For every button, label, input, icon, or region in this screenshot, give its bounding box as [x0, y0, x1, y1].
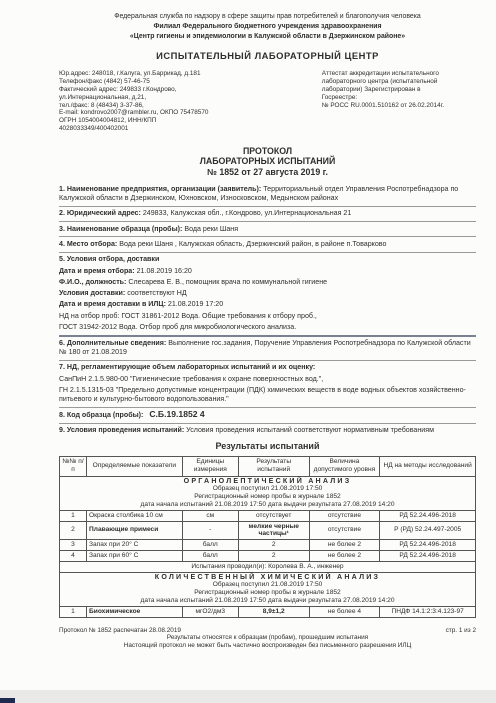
section-3-label: 3. Наименование образца (пробы):	[59, 225, 182, 233]
results-table: №№ п/п Определяемые показатели Единицы и…	[59, 456, 476, 617]
bottom-corner-chip	[0, 698, 15, 703]
cell-limit: отсутствие	[309, 521, 380, 540]
org-section-header-cell: ОРГАНОЛЕПТИЧЕСКИЙ АНАЛИЗ Образец поступи…	[60, 476, 476, 510]
section-4-value: Вода реки Шаня , Калужская область, Дзер…	[119, 240, 386, 248]
section-2-label: 2. Юридический адрес:	[59, 209, 141, 217]
section-7-line: СанПиН 2.1.5.980-00 "Гигиенические требо…	[59, 375, 476, 384]
cell-result: 8,9±1,2	[238, 606, 309, 617]
cell-result: 2	[238, 540, 309, 551]
divider	[59, 423, 476, 424]
section-5-title: 5. Условия отбора, доставки	[59, 255, 476, 264]
section-5-row: Дата и время доставки в ИЛЦ: 21.08.2019 …	[59, 300, 476, 309]
section-1-label: 1. Наименование предприятия, организации…	[59, 185, 261, 193]
footer-note-2: Настоящий протокол не может быть частичн…	[59, 642, 476, 650]
section-5-row-value: 21.08.2019 16:20	[137, 267, 192, 275]
accreditation-line: № РОСС RU.0001.510162 от 26.02.2014г.	[322, 102, 476, 110]
section-8-label: 8. Код образца (пробы):	[59, 411, 143, 419]
quant-section-header: КОЛИЧЕСТВЕННЫЙ ХИМИЧЕСКИЙ АНАЛИЗ Образец…	[60, 572, 476, 606]
tester-cell: Испытания проводил(и): Королева В. А., и…	[60, 561, 476, 572]
divider	[59, 221, 476, 222]
section-7-label: 7. НД, регламентирующие объем лабораторн…	[59, 363, 476, 372]
org-section-header: ОРГАНОЛЕПТИЧЕСКИЙ АНАЛИЗ Образец поступи…	[60, 476, 476, 510]
org-header-line-1: Федеральная служба по надзору в сфере за…	[59, 12, 476, 22]
cell-method: РД 52.24.496-2018	[380, 510, 476, 521]
sample-code: С.Б.19.1852 4	[149, 409, 204, 419]
cell-method: ПНДФ 14.1:2:3:4.123-97	[380, 606, 476, 617]
cell-indicator: Плавающие примеси	[87, 521, 183, 540]
accreditation-block: Аттестат аккредитации испытательного лаб…	[322, 70, 476, 132]
section-6: 6. Дополнительные сведения: Выполнение г…	[59, 339, 476, 357]
org-header-line-2: Филиал Федерального бюджетного учреждени…	[59, 22, 476, 32]
cell-unit: балл	[182, 540, 238, 551]
protocol-document: Федеральная служба по надзору в сфере за…	[59, 12, 476, 650]
cell-limit: отсутствие	[309, 510, 380, 521]
footer-page-number: стр. 1 из 2	[446, 627, 476, 634]
section-5-row-label: Дата и время отбора:	[59, 267, 135, 275]
accreditation-line: лабораторного центра (испытательной	[322, 78, 476, 86]
section-5-row-value: соответствуют НД	[127, 289, 186, 297]
address-line: ул.Интернациональная, д.21,	[59, 94, 293, 102]
protocol-number-line: № 1852 от 27 августа 2019 г.	[59, 167, 476, 178]
section-9-label: 9. Условия проведения испытаний:	[59, 426, 184, 434]
org-header-line-3: «Центр гигиены и эпидемиологии в Калужск…	[59, 32, 476, 42]
protocol-title: ПРОТОКОЛ ЛАБОРАТОРНЫХ ИСПЫТАНИЙ № 1852 о…	[59, 146, 476, 178]
cell-method: РД 52.24.496-2018	[380, 550, 476, 561]
table-row: 1 Окраска столбика 10 см см отсутствует …	[60, 510, 476, 521]
quant-section-header-cell: КОЛИЧЕСТВЕННЫЙ ХИМИЧЕСКИЙ АНАЛИЗ Образец…	[60, 572, 476, 606]
lab-center-title: ИСПЫТАТЕЛЬНЫЙ ЛАБОРАТОРНЫЙ ЦЕНТР	[59, 50, 476, 61]
section-2-value: 249833, Калужская обл., г.Кондрово, ул.И…	[143, 209, 351, 217]
results-heading: Результаты испытаний	[59, 441, 476, 451]
address-block-left: Юр.адрес: 248018, г.Калуга, ул.Баррикад,…	[59, 70, 293, 132]
footer-row: Протокол № 1852 распечатан 28.08.2019 ст…	[59, 627, 476, 634]
divider	[59, 236, 476, 237]
section-4: 4. Место отбора: Вода реки Шаня , Калужс…	[59, 240, 476, 249]
cell-indicator: Запах при 60° С	[87, 550, 183, 561]
divider	[59, 407, 476, 408]
org-sub-line: Регистрационный номер пробы в журнале 18…	[62, 493, 473, 501]
org-sub-line: дата начала испытаний 21.08.2019 17:50 д…	[62, 501, 473, 509]
col-header: №№ п/п	[60, 457, 87, 476]
address-row: Юр.адрес: 248018, г.Калуга, ул.Баррикад,…	[59, 70, 476, 132]
protocol-title-line-1: ПРОТОКОЛ	[59, 146, 476, 157]
section-4-label: 4. Место отбора:	[59, 240, 117, 248]
cell-indicator: Окраска столбика 10 см	[87, 510, 183, 521]
cell-num: 3	[60, 540, 87, 551]
protocol-title-line-2: ЛАБОРАТОРНЫХ ИСПЫТАНИЙ	[59, 156, 476, 167]
cell-num: 1	[60, 606, 87, 617]
section-3: 3. Наименование образца (пробы): Вода ре…	[59, 225, 476, 234]
section-1: 1. Наименование предприятия, организации…	[59, 185, 476, 203]
address-line: 4028033349/400402001	[59, 125, 293, 133]
bottom-band	[0, 690, 496, 703]
section-9-value: Условия проведения испытаний соответству…	[186, 426, 434, 434]
cell-unit: -	[182, 521, 238, 540]
table-row: 3 Запах при 20° С балл 2 не более 2 РД 5…	[60, 540, 476, 551]
cell-unit: балл	[182, 550, 238, 561]
table-row: 2 Плавающие примеси - мелкие черные част…	[60, 521, 476, 540]
cell-indicator: Биохимическое	[87, 606, 183, 617]
cell-unit: мгО2/дм3	[182, 606, 238, 617]
address-line: Фактический адрес: 249833 г.Кондрово,	[59, 86, 293, 94]
col-header: Величина допустимого уровня	[309, 457, 380, 476]
cell-result: мелкие черные частицы¹	[238, 521, 309, 540]
cell-limit: не более 4	[309, 606, 380, 617]
section-8: 8. Код образца (пробы): С.Б.19.1852 4	[59, 410, 476, 420]
address-line: тел./факс: 8 (48434) 3-37-86,	[59, 102, 293, 110]
cell-indicator: Запах при 20° С	[87, 540, 183, 551]
accreditation-line: лаборатории) Зарегистрирован в	[322, 86, 476, 94]
col-header: Определяемые показатели	[87, 457, 183, 476]
divider	[59, 335, 476, 337]
document-page: Федеральная служба по надзору в сфере за…	[0, 0, 496, 703]
cell-limit: не более 2	[309, 550, 380, 561]
quant-sub-line: дата начала испытаний 21.08.2019 17:50 д…	[62, 597, 473, 605]
section-9: 9. Условия проведения испытаний: Условия…	[59, 426, 476, 435]
divider	[59, 360, 476, 361]
tester-row: Испытания проводил(и): Королева В. А., и…	[60, 561, 476, 572]
cell-num: 1	[60, 510, 87, 521]
cell-unit: см	[182, 510, 238, 521]
accreditation-line: Госреестре:	[322, 94, 476, 102]
address-line: Юр.адрес: 248018, г.Калуга, ул.Баррикад,…	[59, 70, 293, 78]
section-6-label: 6. Дополнительные сведения:	[59, 339, 166, 347]
footer-protocol-info: Протокол № 1852 распечатан 28.08.2019	[59, 627, 181, 634]
section-5-row-value: Слесарева Е. В., помощник врача по комму…	[128, 278, 327, 286]
quant-sub-line: Образец поступил 21.08.2019 17:50	[62, 581, 473, 589]
section-5-row: Условия доставки: соответствуют НД	[59, 289, 476, 298]
section-5-row: Дата и время отбора: 21.08.2019 16:20	[59, 267, 476, 276]
cell-num: 2	[60, 521, 87, 540]
section-5-nd-line: ГОСТ 31942-2012 Вода. Отбор проб для мик…	[59, 323, 476, 332]
address-line: ОГРН 1054004004812, ИНН/КПП	[59, 117, 293, 125]
section-7-line: ГН 2.1.5.1315-03 "Предельно допустимые к…	[59, 386, 476, 404]
cell-result: 2	[238, 550, 309, 561]
quant-sub-line: Регистрационный номер пробы в журнале 18…	[62, 589, 473, 597]
section-3-value: Вода реки Шаня	[184, 225, 238, 233]
section-5-row-value: 21.08.2019 17:20	[168, 300, 223, 308]
cell-limit: не более 2	[309, 540, 380, 551]
col-header: Единицы измерения	[182, 457, 238, 476]
section-2: 2. Юридический адрес: 249833, Калужская …	[59, 209, 476, 218]
col-header: НД на методы исследований	[380, 457, 476, 476]
section-5-row-label: Условия доставки:	[59, 289, 125, 297]
section-5-nd-line: НД на отбор проб: ГОСТ 31861-2012 Вода. …	[59, 312, 476, 321]
section-5-row: Ф.И.О., должность: Слесарева Е. В., помо…	[59, 278, 476, 287]
table-row: 4 Запах при 60° С балл 2 не более 2 РД 5…	[60, 550, 476, 561]
sections: 1. Наименование предприятия, организации…	[59, 185, 476, 435]
col-header: Результаты испытаний	[238, 457, 309, 476]
address-line: E-mail: kondrovo2007@rambler.ru, ОКПО 75…	[59, 109, 293, 117]
cell-result: отсутствует	[238, 510, 309, 521]
divider	[59, 252, 476, 253]
table-header-row: №№ п/п Определяемые показатели Единицы и…	[60, 457, 476, 476]
table-row: 1 Биохимическое мгО2/дм3 8,9±1,2 не боле…	[60, 606, 476, 617]
cell-method: Р (РД) 52.24.497-2005	[380, 521, 476, 540]
cell-num: 4	[60, 550, 87, 561]
section-5-row-label: Дата и время доставки в ИЛЦ:	[59, 300, 166, 308]
footer-note-1: Результаты относятся к образцам (пробам)…	[59, 634, 476, 642]
section-5-row-label: Ф.И.О., должность:	[59, 278, 126, 286]
address-line: Телефон/факс (4842) 57-46-75	[59, 78, 293, 86]
cell-method: РД 52.24.496-2018	[380, 540, 476, 551]
divider	[59, 206, 476, 207]
